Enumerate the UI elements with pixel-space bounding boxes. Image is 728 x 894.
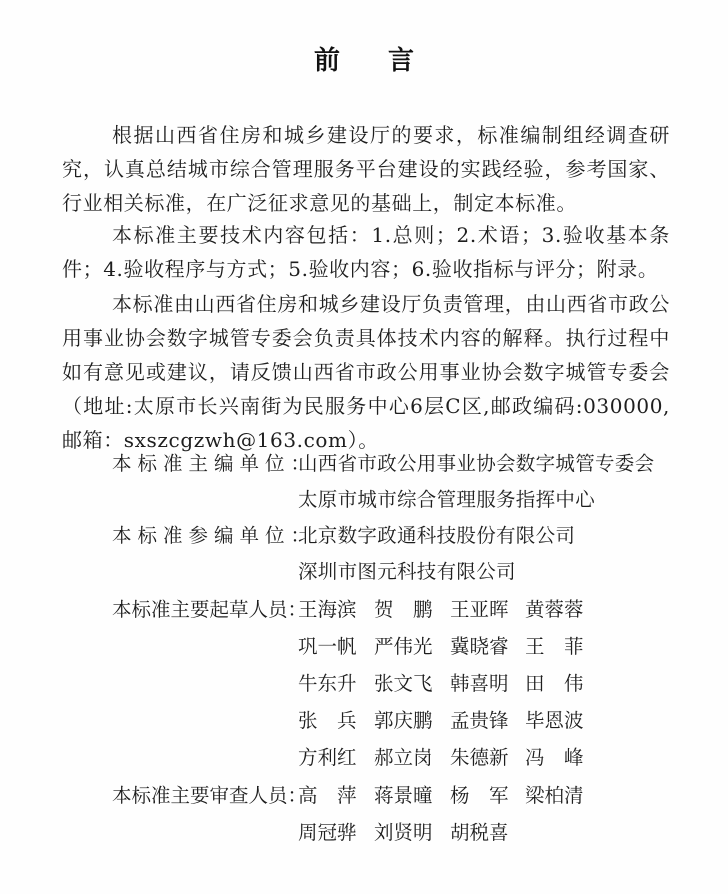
drafter-name: 王海滨	[298, 593, 368, 627]
drafter-name: 严伟光	[374, 630, 444, 664]
drafter-name: 巩一帆	[298, 630, 368, 664]
drafter-name: 韩喜明	[450, 667, 520, 701]
drafter-name: 牛东升	[298, 667, 368, 701]
page-title: 前言	[0, 40, 728, 77]
drafter-name: 王亚晖	[450, 593, 520, 627]
drafter-name: 田 伟	[525, 667, 595, 701]
reviewer-name: 梁柏清	[525, 779, 595, 813]
title-char-1: 前	[314, 40, 340, 77]
drafter-name: 毕恩波	[525, 704, 595, 738]
drafter-name: 郝立岗	[374, 741, 444, 775]
reviewers-label: 本标准主要审查人员：	[112, 779, 307, 813]
drafter-name: 冀晓睿	[450, 630, 520, 664]
drafter-name: 郭庆鹏	[374, 704, 444, 738]
participating-unit-2: 深圳市图元科技有限公司	[298, 555, 516, 589]
paragraph-background: 根据山西省住房和城乡建设厅的要求，标准编制组经调查研究，认真总结城市综合管理服务…	[62, 118, 670, 220]
document-page: 前言 根据山西省住房和城乡建设厅的要求，标准编制组经调查研究，认真总结城市综合管…	[0, 0, 728, 894]
drafters-label: 本标准主要起草人员：	[112, 593, 307, 627]
chief-editor-unit-1: 山西省市政公用事业协会数字城管专委会	[298, 447, 654, 481]
reviewer-name: 高 萍	[298, 779, 368, 813]
reviewer-name: 周冠骅	[298, 816, 368, 850]
participating-unit-1: 北京数字政通科技股份有限公司	[298, 519, 575, 553]
title-char-2: 言	[388, 40, 414, 77]
participating-units-label: 本标准参编单位：	[112, 519, 316, 553]
reviewer-name: 杨 军	[450, 779, 520, 813]
drafter-name: 贺 鹏	[374, 593, 444, 627]
drafter-name: 张 兵	[298, 704, 368, 738]
chief-editor-label: 本标准主编单位：	[112, 447, 316, 481]
drafter-name: 冯 峰	[525, 741, 595, 775]
drafter-name: 张文飞	[374, 667, 444, 701]
paragraph-management: 本标准由山西省住房和城乡建设厅负责管理，由山西省市政公用事业协会数字城管专委会负…	[62, 287, 670, 457]
reviewer-name: 刘贤明	[374, 816, 444, 850]
drafter-name: 朱德新	[450, 741, 520, 775]
drafter-name: 孟贵锋	[450, 704, 520, 738]
paragraph-technical-content: 本标准主要技术内容包括：1.总则；2.术语；3.验收基本条件；4.验收程序与方式…	[62, 218, 670, 286]
drafter-name: 方利红	[298, 741, 368, 775]
chief-editor-unit-2: 太原市城市综合管理服务指挥中心	[298, 483, 595, 517]
reviewer-name: 蒋景曈	[374, 779, 444, 813]
drafter-name: 王 菲	[525, 630, 595, 664]
drafter-name: 黄蓉蓉	[525, 593, 595, 627]
reviewer-name: 胡税喜	[450, 816, 520, 850]
